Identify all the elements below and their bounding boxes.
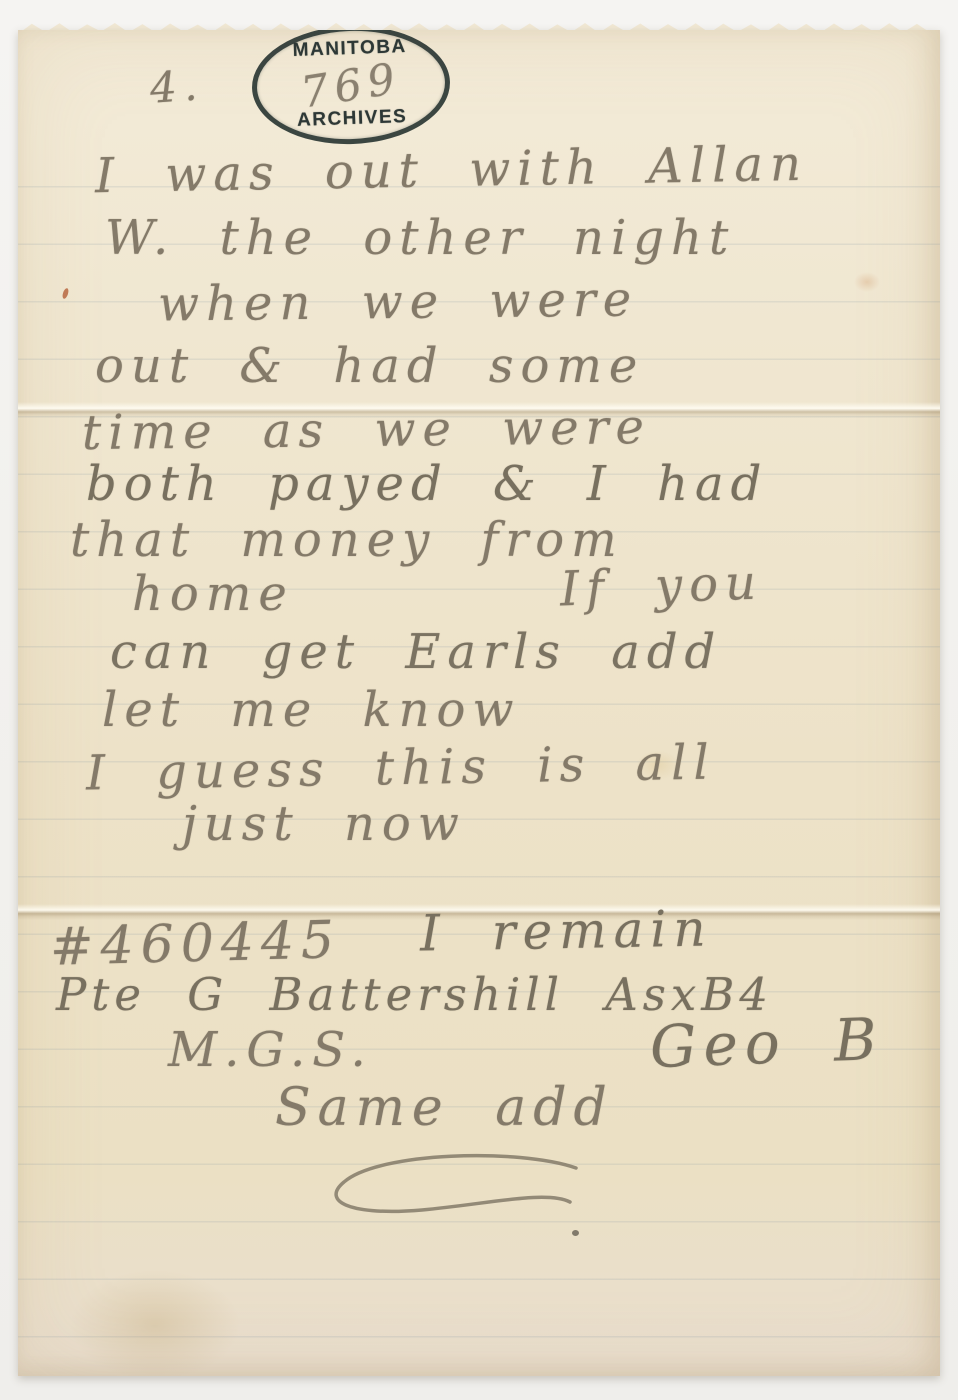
handwriting-line: let me know (102, 686, 520, 734)
letter-paper-page: MANITOBA 769 ARCHIVES 4. I was out with … (18, 30, 940, 1376)
handwriting-line: can get Earls add (110, 628, 722, 676)
handwriting-line: when we were (158, 275, 639, 328)
handwriting-line: time as we were (82, 403, 651, 457)
service-number: #460445 (49, 914, 341, 974)
handwriting-line: out & had some (95, 342, 644, 390)
manitoba-archives-stamp: MANITOBA 769 ARCHIVES (250, 30, 452, 147)
signature-flourish (318, 1152, 588, 1236)
handwriting-line: I was out with Allan (95, 140, 809, 200)
scanned-letter-photo: MANITOBA 769 ARCHIVES 4. I was out with … (0, 0, 958, 1400)
red-ink-speck (61, 287, 69, 299)
handwriting-line: both payed & I had (86, 460, 768, 508)
address-note: Same add (275, 1082, 614, 1134)
handwriting-line: home (132, 570, 294, 618)
handwriting-line: that money from (70, 516, 624, 564)
unit-abbreviation: M.G.S. (168, 1026, 373, 1074)
handwriting-line: just now (182, 800, 466, 848)
signature-name-line: Pte G Battershill AsxB4 (56, 972, 773, 1017)
paper-stain (854, 272, 880, 292)
handwriting-line: W. the other night (105, 214, 735, 262)
handwriting-line: If you (559, 558, 763, 613)
valediction: I remain (420, 903, 713, 958)
handwriting-line: I guess this is all (86, 739, 717, 798)
fingerprint-smudge (70, 1270, 240, 1376)
pencil-dot (572, 1230, 579, 1236)
signature-initials: Geo B (649, 1010, 885, 1076)
page-number: 4. (149, 64, 206, 110)
